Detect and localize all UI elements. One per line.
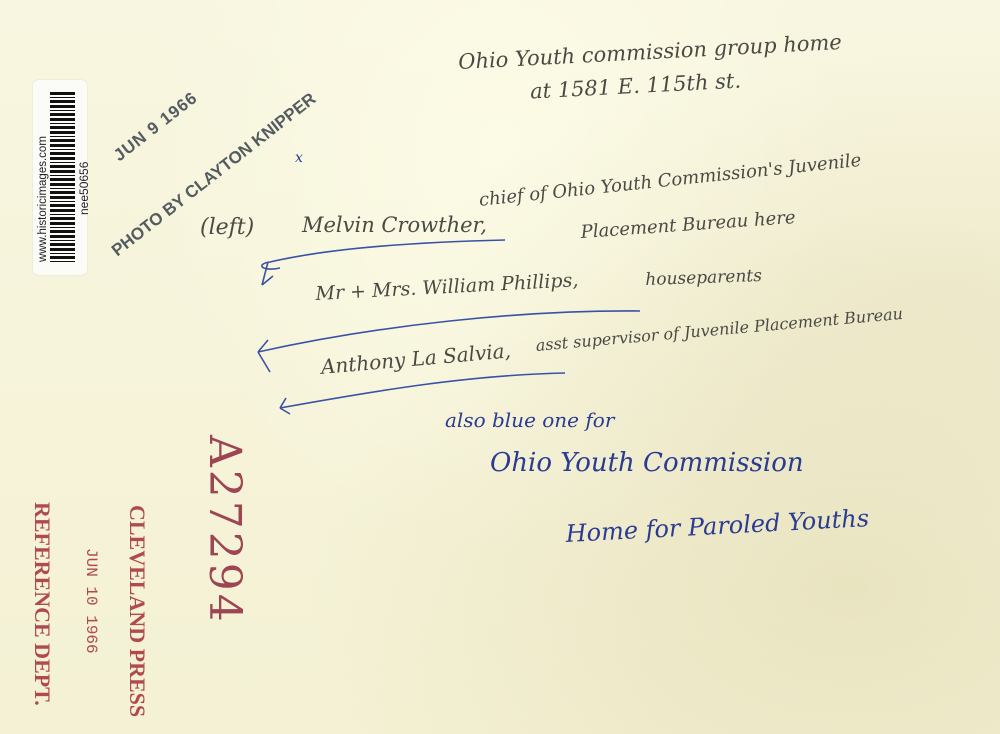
file-number-stamp: A27294 — [199, 435, 250, 625]
archive-name-stamp: CLEVELAND PRESS — [124, 505, 150, 717]
blue-arrow-lines — [0, 0, 1000, 734]
ink-note-line1: also blue one for — [445, 408, 614, 432]
reference-dept-stamp: REFERENCE DEPT. — [29, 502, 55, 706]
ink-note-line2: Ohio Youth Commission — [490, 448, 804, 478]
archive-date-stamp: JUN 10 1966 — [82, 548, 100, 654]
